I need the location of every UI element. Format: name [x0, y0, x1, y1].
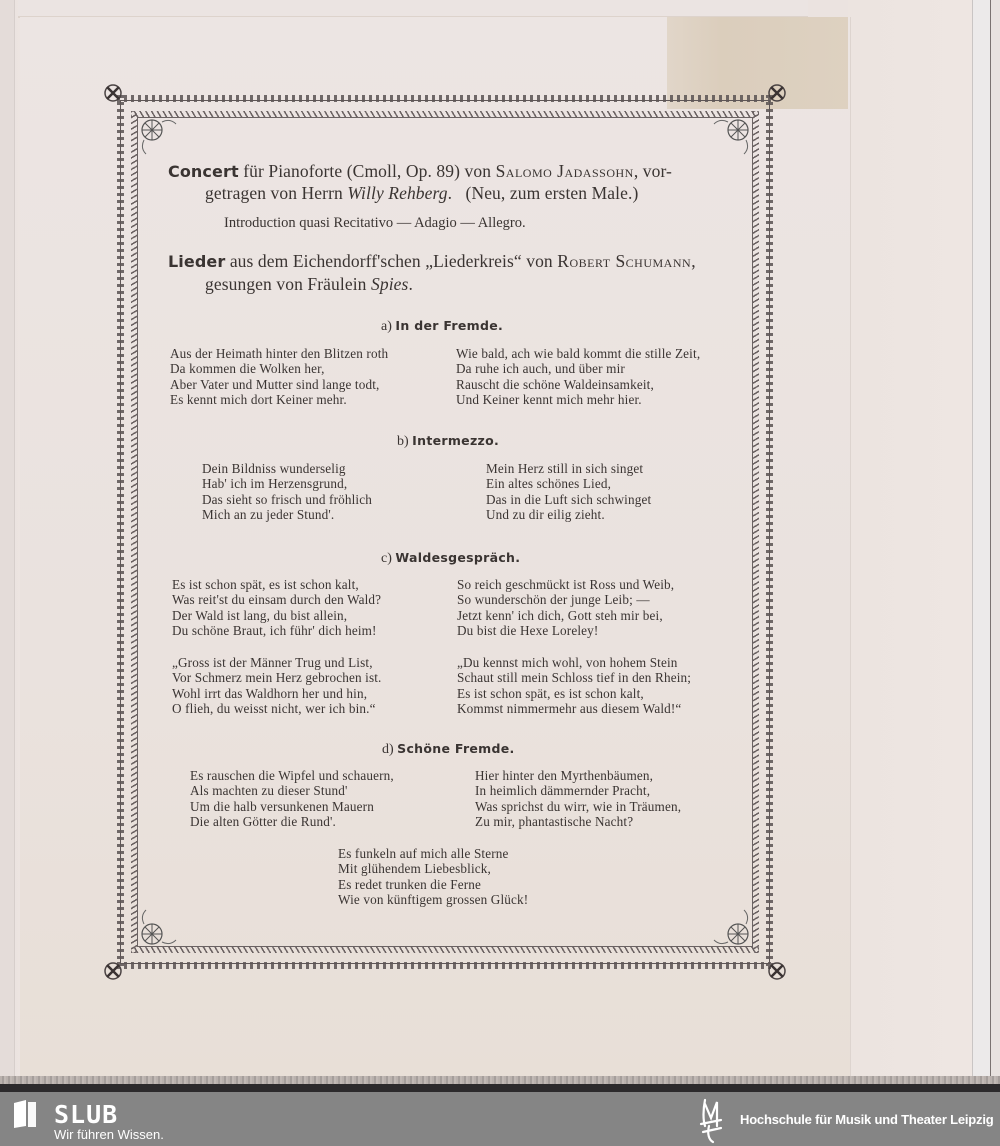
verse-line: Dein Bildniss wunderselig: [202, 461, 372, 476]
left-page-edge: [0, 0, 15, 1090]
verse-c1-right: So reich geschmückt ist Ross und Weib, S…: [457, 577, 674, 638]
verse-line: Mich an zu jeder Stund'.: [202, 507, 372, 522]
verse-c2-right: „Du kennst mich wohl, von hohem Stein Sc…: [457, 655, 691, 716]
concert-line-2: getragen von Herrn Willy Rehberg. (Neu, …: [205, 183, 638, 204]
concert-description: für Pianoforte (Cmoll, Op. 89) von: [243, 161, 491, 181]
verse-d1-left: Es rauschen die Wipfel und schauern, Als…: [190, 768, 394, 829]
verse-line: Es ist schon spät, es ist schon kalt,: [457, 686, 691, 701]
lieder-line-1: Lieder aus dem Eichendorff'schen „Lieder…: [168, 251, 696, 272]
verse-line: Vor Schmerz mein Herz gebrochen ist.: [172, 670, 382, 685]
verse-line: Aus der Heimath hinter den Blitzen roth: [170, 346, 388, 361]
concert-line-1: Concert für Pianoforte (Cmoll, Op. 89) v…: [168, 161, 672, 182]
verse-line: Und Keiner kennt mich mehr hier.: [456, 392, 700, 407]
rosette-ornament-icon: [134, 112, 178, 156]
rosette-ornament-icon: [712, 908, 756, 952]
verse-line: Das in die Luft sich schwinget: [486, 492, 651, 507]
corner-ornament-icon: [766, 82, 788, 104]
lieder-singer-intro: gesungen von Fräulein: [205, 274, 367, 294]
verse-line: Ein altes schönes Lied,: [486, 476, 651, 491]
lieder-line1-end: ,: [691, 251, 695, 271]
hmt-monogram-icon: [695, 1096, 729, 1144]
concert-composer: Salomo Jadassohn: [496, 161, 634, 181]
verse-line: Was sprichst du wirr, wie in Träumen,: [475, 799, 681, 814]
right-page-area: [848, 0, 976, 1090]
verse-line: Da ruhe ich auch, und über mir: [456, 361, 700, 376]
verse-line: Da kommen die Wolken her,: [170, 361, 388, 376]
verse-line: Es redet trunken die Ferne: [338, 877, 528, 892]
rosette-ornament-icon: [712, 112, 756, 156]
song-title-c: c) Waldesgespräch.: [381, 550, 520, 567]
verse-line: In heimlich dämmernder Pracht,: [475, 783, 681, 798]
verse-c1-left: Es ist schon spät, es ist schon kalt, Wa…: [172, 577, 381, 638]
lieder-composer: Robert Schumann: [557, 251, 691, 271]
concert-performer: Willy Rehberg: [347, 183, 447, 203]
verse-line: „Gross ist der Männer Trug und List,: [172, 655, 382, 670]
verse-line: Der Wald ist lang, du bist allein,: [172, 608, 381, 623]
song-title: In der Fremde.: [395, 318, 503, 333]
verse-line: Mein Herz still in sich singet: [486, 461, 651, 476]
verse-line: Mit glühendem Liebesblick,: [338, 861, 528, 876]
verse-d2-center: Es funkeln auf mich alle Sterne Mit glüh…: [338, 846, 528, 907]
corner-ornament-icon: [102, 960, 124, 982]
song-letter: d): [382, 742, 394, 757]
song-letter: c): [381, 551, 392, 566]
corner-ornament-icon: [766, 960, 788, 982]
verse-line: Schaut still mein Schloss tief in den Rh…: [457, 670, 691, 685]
lieder-line2-end: .: [408, 274, 412, 294]
right-binding-edge-dark: [990, 0, 1000, 1080]
song-title: Waldesgespräch.: [395, 550, 520, 565]
verse-line: Kommst nimmermehr aus diesem Wald!“: [457, 701, 691, 716]
bottom-shadow: [0, 1084, 1000, 1092]
verse-line: Wie bald, ach wie bald kommt die stille …: [456, 346, 700, 361]
concert-line1-end: , vor-: [634, 161, 672, 181]
slub-logo-text: SLUB: [54, 1100, 118, 1129]
song-title: Intermezzo.: [412, 433, 499, 448]
verse-d1-right: Hier hinter den Myrthenbäumen, In heimli…: [475, 768, 681, 829]
verse-line: Wie von künftigem grossen Glück!: [338, 892, 528, 907]
verse-line: Hab' ich im Herzensgrund,: [202, 476, 372, 491]
corner-ornament-icon: [102, 82, 124, 104]
lieder-label: Lieder: [168, 252, 225, 271]
top-page-edge: [18, 0, 808, 18]
verse-a-right: Wie bald, ach wie bald kommt die stille …: [456, 346, 700, 407]
verse-line: O flieh, du weisst nicht, wer ich bin.“: [172, 701, 382, 716]
rosette-ornament-icon: [134, 908, 178, 952]
song-title-a: a) In der Fremde.: [381, 318, 503, 335]
verse-line: Als machten zu dieser Stund': [190, 783, 394, 798]
verse-line: Es funkeln auf mich alle Sterne: [338, 846, 528, 861]
verse-line: Aber Vater und Mutter sind lange todt,: [170, 377, 388, 392]
verse-line: Die alten Götter die Rund'.: [190, 814, 394, 829]
concert-movements: Introduction quasi Recitativo — Adagio —…: [224, 215, 526, 232]
verse-line: So wunderschön der junge Leib; —: [457, 592, 674, 607]
verse-b-right: Mein Herz still in sich singet Ein altes…: [486, 461, 651, 522]
verse-line: Es rauschen die Wipfel und schauern,: [190, 768, 394, 783]
song-title-d: d) Schöne Fremde.: [382, 741, 515, 758]
song-title: Schöne Fremde.: [397, 741, 514, 756]
song-letter: a): [381, 319, 392, 334]
verse-line: Du schöne Braut, ich führ' dich heim!: [172, 623, 381, 638]
concert-performer-intro: getragen von Herrn: [205, 183, 343, 203]
verse-line: So reich geschmückt ist Ross und Weib,: [457, 577, 674, 592]
verse-line: Es kennt mich dort Keiner mehr.: [170, 392, 388, 407]
verse-line: Jetzt kenn' ich dich, Gott steh mir bei,: [457, 608, 674, 623]
lieder-line-2: gesungen von Fräulein Spies.: [205, 274, 413, 295]
concert-label: Concert: [168, 162, 239, 181]
verse-line: Und zu dir eilig zieht.: [486, 507, 651, 522]
verse-line: Es ist schon spät, es ist schon kalt,: [172, 577, 381, 592]
footer-banner: SLUB Wir führen Wissen. Hochschule für M…: [0, 1092, 1000, 1146]
verse-line: Hier hinter den Myrthenbäumen,: [475, 768, 681, 783]
verse-line: Das sieht so frisch und fröhlich: [202, 492, 372, 507]
concert-premiere-note: . (Neu, zum ersten Male.): [448, 183, 639, 203]
verse-line: Du bist die Hexe Loreley!: [457, 623, 674, 638]
lieder-description: aus dem Eichendorff'schen „Liederkreis“ …: [230, 251, 553, 271]
verse-line: Zu mir, phantastische Nacht?: [475, 814, 681, 829]
verse-c2-left: „Gross ist der Männer Trug und List, Vor…: [172, 655, 382, 716]
hmt-institution-name: Hochschule für Musik und Theater Leipzig: [740, 1112, 993, 1127]
verse-b-left: Dein Bildniss wunderselig Hab' ich im He…: [202, 461, 372, 522]
lieder-singer: Spies: [371, 274, 408, 294]
verse-line: Was reit'st du einsam durch den Wald?: [172, 592, 381, 607]
verse-line: „Du kennst mich wohl, von hohem Stein: [457, 655, 691, 670]
verse-a-left: Aus der Heimath hinter den Blitzen roth …: [170, 346, 388, 407]
verse-line: Rauscht die schöne Waldeinsamkeit,: [456, 377, 700, 392]
song-title-b: b) Intermezzo.: [397, 433, 499, 450]
slub-tagline: Wir führen Wissen.: [54, 1127, 164, 1142]
slub-book-icon: [12, 1099, 38, 1129]
song-letter: b): [397, 434, 409, 449]
verse-line: Wohl irrt das Waldhorn her und hin,: [172, 686, 382, 701]
verse-line: Um die halb versunkenen Mauern: [190, 799, 394, 814]
